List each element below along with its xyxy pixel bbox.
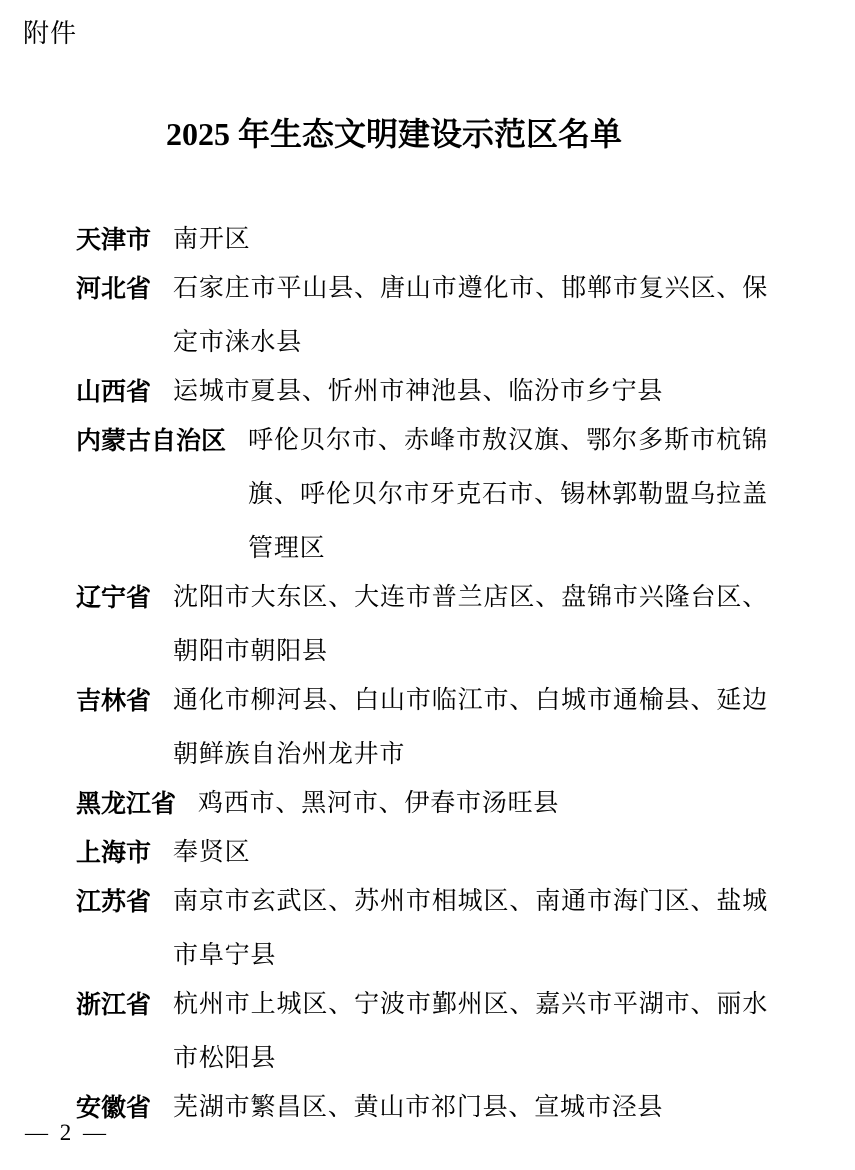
province-entry: 浙江省 杭州市上城区、宁波市鄞州区、嘉兴市平湖市、丽水市松阳县 bbox=[76, 978, 768, 1086]
region-list: 芜湖市繁昌区、黄山市祁门县、宣城市泾县 bbox=[173, 1081, 768, 1135]
province-name: 内蒙古自治区 bbox=[76, 414, 226, 576]
region-list: 南开区 bbox=[173, 213, 768, 267]
province-entry: 黑龙江省 鸡西市、黑河市、伊春市汤旺县 bbox=[76, 777, 768, 831]
page-number: — 2 — bbox=[25, 1120, 109, 1146]
region-list: 南京市玄武区、苏州市相城区、南通市海门区、盐城市阜宁县 bbox=[173, 875, 768, 983]
province-entry: 天津市 南开区 bbox=[76, 213, 768, 267]
region-list: 奉贤区 bbox=[173, 826, 768, 880]
region-list: 运城市夏县、忻州市神池县、临汾市乡宁县 bbox=[173, 365, 768, 419]
province-name: 江苏省 bbox=[76, 875, 151, 983]
region-list: 杭州市上城区、宁波市鄞州区、嘉兴市平湖市、丽水市松阳县 bbox=[173, 978, 768, 1086]
province-entry: 吉林省 通化市柳河县、白山市临江市、白城市通榆县、延边朝鲜族自治州龙井市 bbox=[76, 674, 768, 782]
province-entry: 辽宁省 沈阳市大东区、大连市普兰店区、盘锦市兴隆台区、朝阳市朝阳县 bbox=[76, 571, 768, 679]
province-name: 辽宁省 bbox=[76, 571, 151, 679]
region-list: 通化市柳河县、白山市临江市、白城市通榆县、延边朝鲜族自治州龙井市 bbox=[173, 674, 768, 782]
province-entry: 山西省 运城市夏县、忻州市神池县、临汾市乡宁县 bbox=[76, 365, 768, 419]
region-list: 沈阳市大东区、大连市普兰店区、盘锦市兴隆台区、朝阳市朝阳县 bbox=[173, 571, 768, 679]
region-list: 鸡西市、黑河市、伊春市汤旺县 bbox=[198, 777, 768, 831]
attachment-label: 附件 bbox=[23, 19, 77, 48]
province-entry: 安徽省 芜湖市繁昌区、黄山市祁门县、宣城市泾县 bbox=[76, 1081, 768, 1135]
region-list: 呼伦贝尔市、赤峰市敖汉旗、鄂尔多斯市杭锦旗、呼伦贝尔市牙克石市、锡林郭勒盟乌拉盖… bbox=[248, 414, 768, 576]
province-name: 上海市 bbox=[76, 826, 151, 880]
province-entry: 上海市 奉贤区 bbox=[76, 826, 768, 880]
province-name: 吉林省 bbox=[76, 674, 151, 782]
region-list: 石家庄市平山县、唐山市遵化市、邯郸市复兴区、保定市涞水县 bbox=[173, 262, 768, 370]
province-name: 山西省 bbox=[76, 365, 151, 419]
province-name: 浙江省 bbox=[76, 978, 151, 1086]
province-name: 黑龙江省 bbox=[76, 777, 176, 831]
document-title: 2025 年生态文明建设示范区名单 bbox=[0, 115, 788, 153]
province-entry: 内蒙古自治区 呼伦贝尔市、赤峰市敖汉旗、鄂尔多斯市杭锦旗、呼伦贝尔市牙克石市、锡… bbox=[76, 414, 768, 576]
document-page: 附件 2025 年生态文明建设示范区名单 天津市 南开区 河北省 石家庄市平山县… bbox=[0, 0, 855, 1170]
province-entry: 江苏省 南京市玄武区、苏州市相城区、南通市海门区、盐城市阜宁县 bbox=[76, 875, 768, 983]
province-name: 天津市 bbox=[76, 213, 151, 267]
province-entry: 河北省 石家庄市平山县、唐山市遵化市、邯郸市复兴区、保定市涞水县 bbox=[76, 262, 768, 370]
province-name: 河北省 bbox=[76, 262, 151, 370]
province-list: 天津市 南开区 河北省 石家庄市平山县、唐山市遵化市、邯郸市复兴区、保定市涞水县… bbox=[76, 213, 768, 1135]
